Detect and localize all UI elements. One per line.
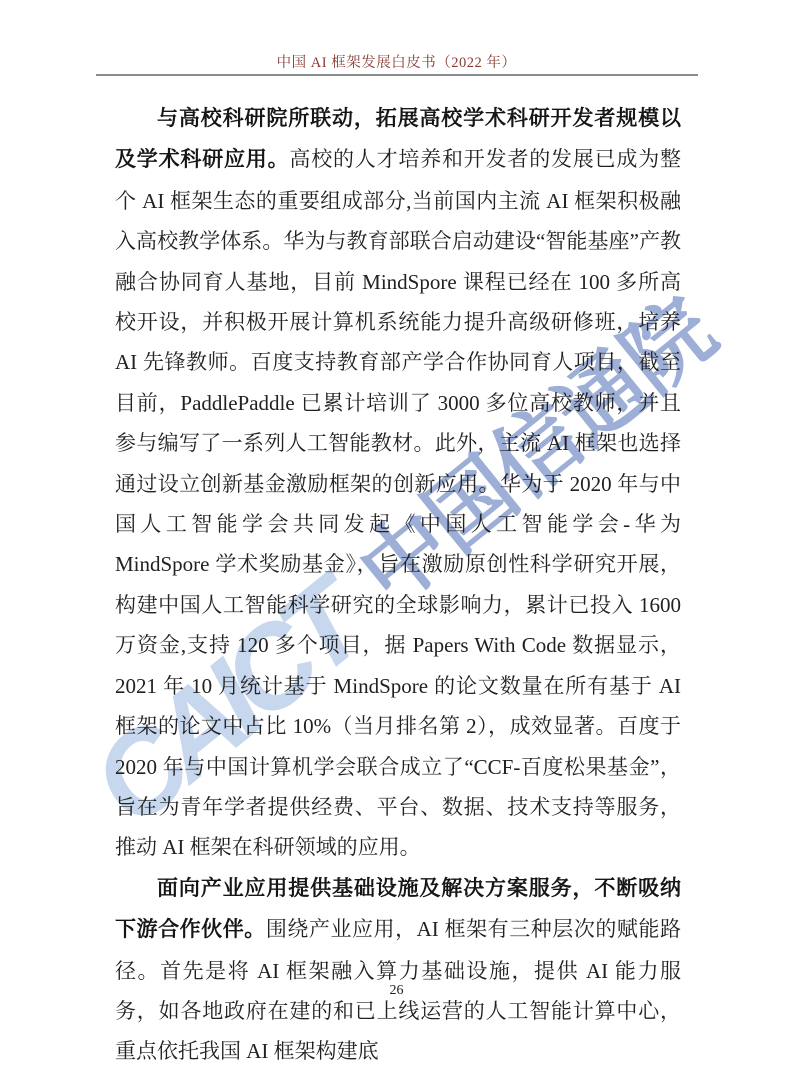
body-content: 与高校科研院所联动，拓展高校学术科研开发者规模以及学术科研应用。高校的人才培养和…	[115, 98, 681, 1072]
paragraph-1-text: 高校的人才培养和开发者的发展已成为整个 AI 框架生态的重要组成部分,当前国内主…	[115, 147, 681, 859]
page-footer: 26	[0, 983, 793, 999]
body-paragraph-2: 面向产业应用提供基础设施及解决方案服务，不断吸纳下游合作伙伴。围绕产业应用，AI…	[115, 868, 681, 1072]
header-title: 中国 AI 框架发展白皮书（2022 年）	[0, 51, 793, 72]
page-number: 26	[390, 983, 404, 998]
body-paragraph-1: 与高校科研院所联动，拓展高校学术科研开发者规模以及学术科研应用。高校的人才培养和…	[115, 98, 681, 868]
document-page: 中国 AI 框架发展白皮书（2022 年） CAICT 中国信通院 与高校科研院…	[0, 0, 793, 1077]
header-rule	[96, 74, 698, 76]
